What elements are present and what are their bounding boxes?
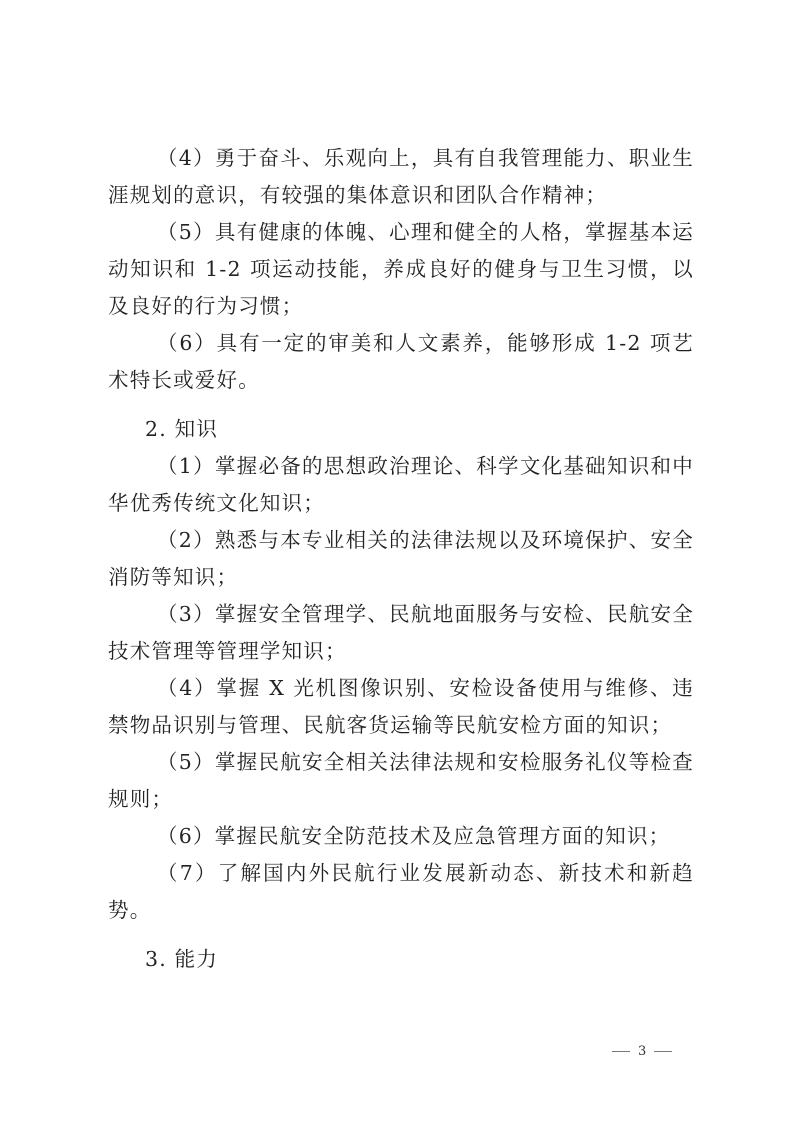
paragraph-knowledge-1: （1）掌握必备的思想政治理论、科学文化基础知识和中华优秀传统文化知识； [108, 448, 694, 522]
document-page: （4）勇于奋斗、乐观向上，具有自我管理能力、职业生涯规划的意识，有较强的集体意识… [0, 0, 793, 1122]
section-heading-knowledge: 2. 知识 [108, 411, 694, 448]
paragraph-quality-4: （4）勇于奋斗、乐观向上，具有自我管理能力、职业生涯规划的意识，有较强的集体意识… [108, 140, 694, 214]
paragraph-knowledge-5: （5）掌握民航安全相关法律法规和安检服务礼仪等检查规则； [108, 744, 694, 818]
document-body: （4）勇于奋斗、乐观向上，具有自我管理能力、职业生涯规划的意识，有较强的集体意识… [108, 140, 694, 978]
paragraph-knowledge-2: （2）熟悉与本专业相关的法律法规以及环境保护、安全消防等知识； [108, 522, 694, 596]
paragraph-knowledge-3: （3）掌握安全管理学、民航地面服务与安检、民航安全技术管理等管理学知识； [108, 596, 694, 670]
page-number-value: 3 [638, 1044, 646, 1059]
paragraph-quality-5: （5）具有健康的体魄、心理和健全的人格，掌握基本运动知识和 1-2 项运动技能，… [108, 214, 694, 325]
dash-left [612, 1051, 630, 1053]
dash-right [654, 1051, 672, 1053]
paragraph-quality-6: （6）具有一定的审美和人文素养，能够形成 1-2 项艺术特长或爱好。 [108, 325, 694, 399]
paragraph-knowledge-7: （7）了解国内外民航行业发展新动态、新技术和新趋势。 [108, 855, 694, 929]
section-heading-ability: 3. 能力 [108, 941, 694, 978]
page-number: 3 [612, 1044, 672, 1059]
paragraph-knowledge-6: （6）掌握民航安全防范技术及应急管理方面的知识； [108, 818, 694, 855]
paragraph-knowledge-4: （4）掌握 X 光机图像识别、安检设备使用与维修、违禁物品识别与管理、民航客货运… [108, 670, 694, 744]
